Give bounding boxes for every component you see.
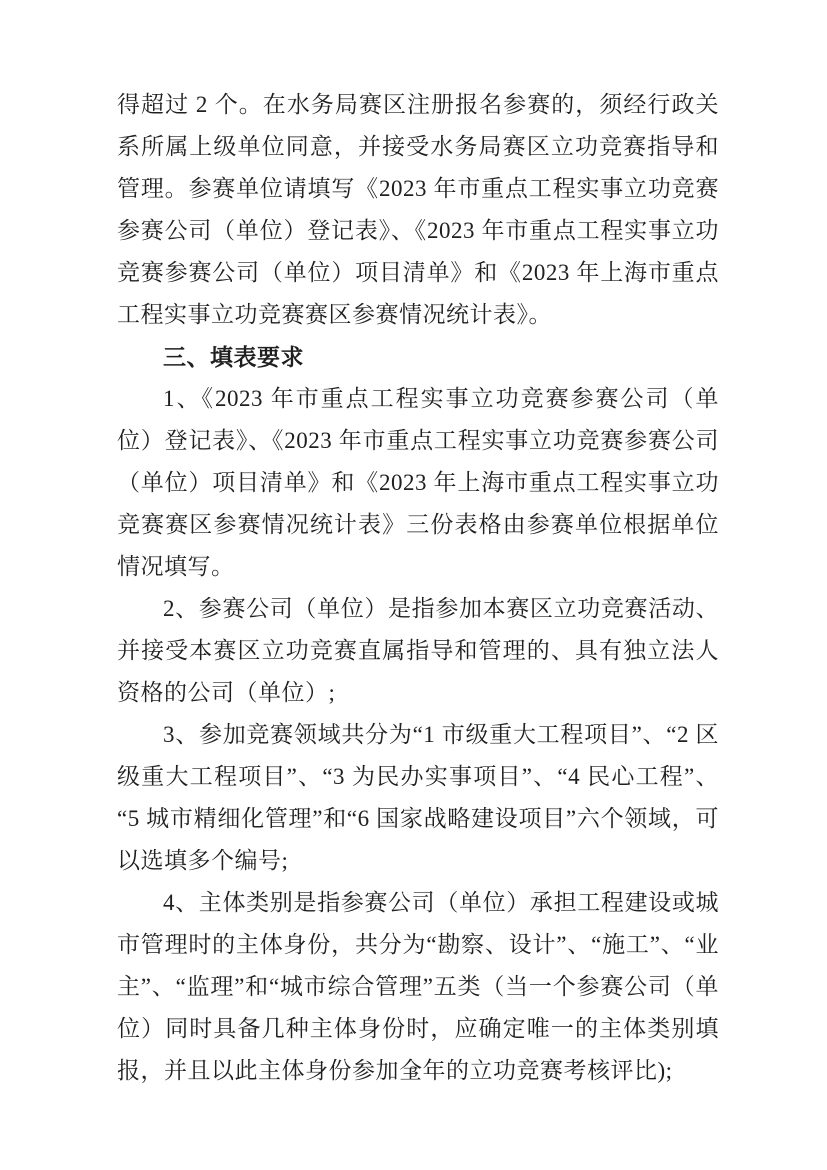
- paragraph-continuation: 得超过 2 个。在水务局赛区注册报名参赛的，须经行政关系所属上级单位同意，并接受…: [117, 84, 719, 336]
- document-page: 得超过 2 个。在水务局赛区注册报名参赛的，须经行政关系所属上级单位同意，并接受…: [0, 0, 827, 1170]
- section-heading: 三、填表要求: [117, 336, 719, 378]
- paragraph-item-2: 2、参赛公司（单位）是指参加本赛区立功竞赛活动、并接受本赛区立功竞赛直属指导和管…: [117, 588, 719, 714]
- page-number: 3: [0, 1063, 827, 1083]
- paragraph-item-4: 4、主体类别是指参赛公司（单位）承担工程建设或城市管理时的主体身份，共分为“勘察…: [117, 882, 719, 1092]
- paragraph-item-1: 1、《2023 年市重点工程实事立功竞赛参赛公司（单位）登记表》、《2023 年…: [117, 378, 719, 588]
- document-text-block: 得超过 2 个。在水务局赛区注册报名参赛的，须经行政关系所属上级单位同意，并接受…: [117, 84, 719, 1092]
- paragraph-item-3: 3、参加竞赛领域共分为“1 市级重大工程项目”、“2 区级重大工程项目”、“3 …: [117, 714, 719, 882]
